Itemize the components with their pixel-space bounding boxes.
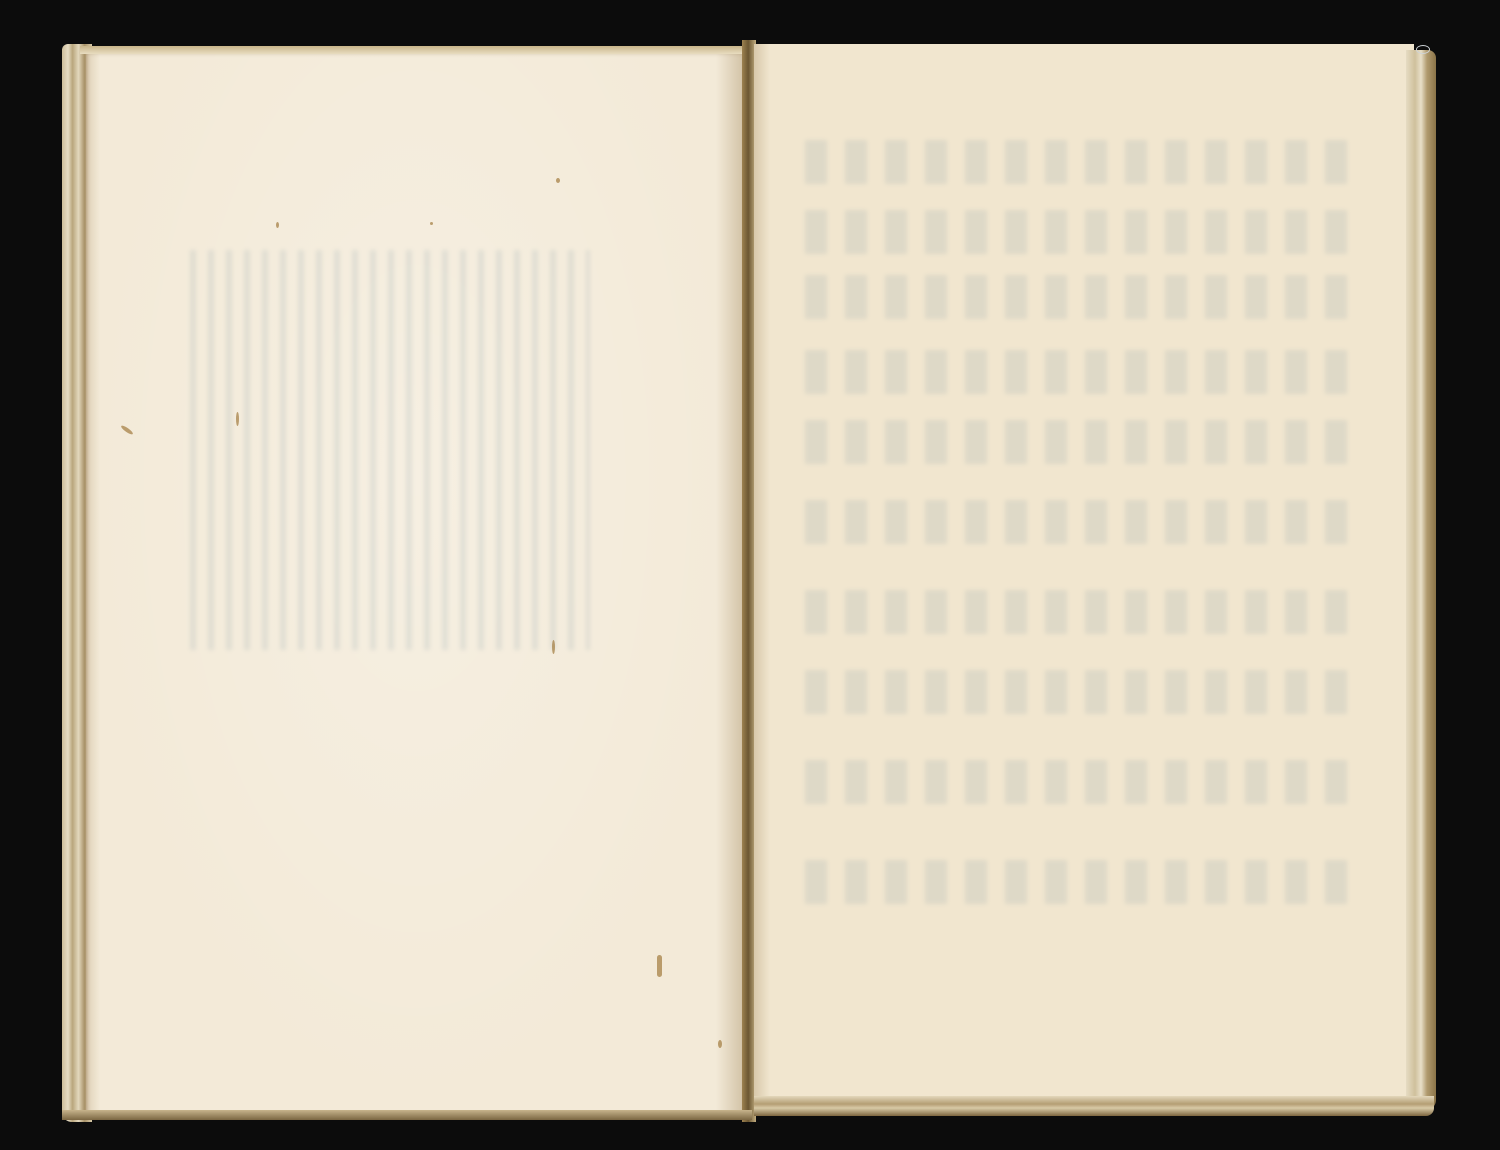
stain bbox=[718, 1040, 722, 1048]
stain bbox=[556, 178, 560, 183]
left-page-bleed-through bbox=[190, 250, 590, 650]
right-page-bleed-through bbox=[805, 500, 1365, 544]
right-page-bottom-edge bbox=[754, 1096, 1434, 1116]
right-page-bleed-through bbox=[805, 860, 1365, 904]
right-page-bleed-through bbox=[805, 350, 1365, 394]
right-page-bleed-through bbox=[805, 670, 1365, 714]
stain bbox=[276, 222, 279, 228]
right-page-bleed-through bbox=[805, 140, 1365, 184]
open-book bbox=[0, 0, 1500, 1150]
stain bbox=[236, 412, 239, 426]
right-page-bleed-through bbox=[805, 420, 1365, 464]
right-page bbox=[754, 44, 1414, 1100]
left-page-bottom-edge bbox=[62, 1110, 752, 1120]
right-page-bleed-through bbox=[805, 760, 1365, 804]
stain bbox=[552, 640, 555, 654]
right-page-bleed-through bbox=[805, 275, 1365, 319]
stain bbox=[430, 222, 433, 225]
right-page-edges bbox=[1406, 50, 1436, 1110]
clip-mark-icon bbox=[1416, 45, 1430, 54]
left-page-top-edge bbox=[80, 46, 746, 54]
stain bbox=[657, 955, 662, 977]
right-page-bleed-through bbox=[805, 590, 1365, 634]
right-page-bleed-through bbox=[805, 210, 1365, 254]
